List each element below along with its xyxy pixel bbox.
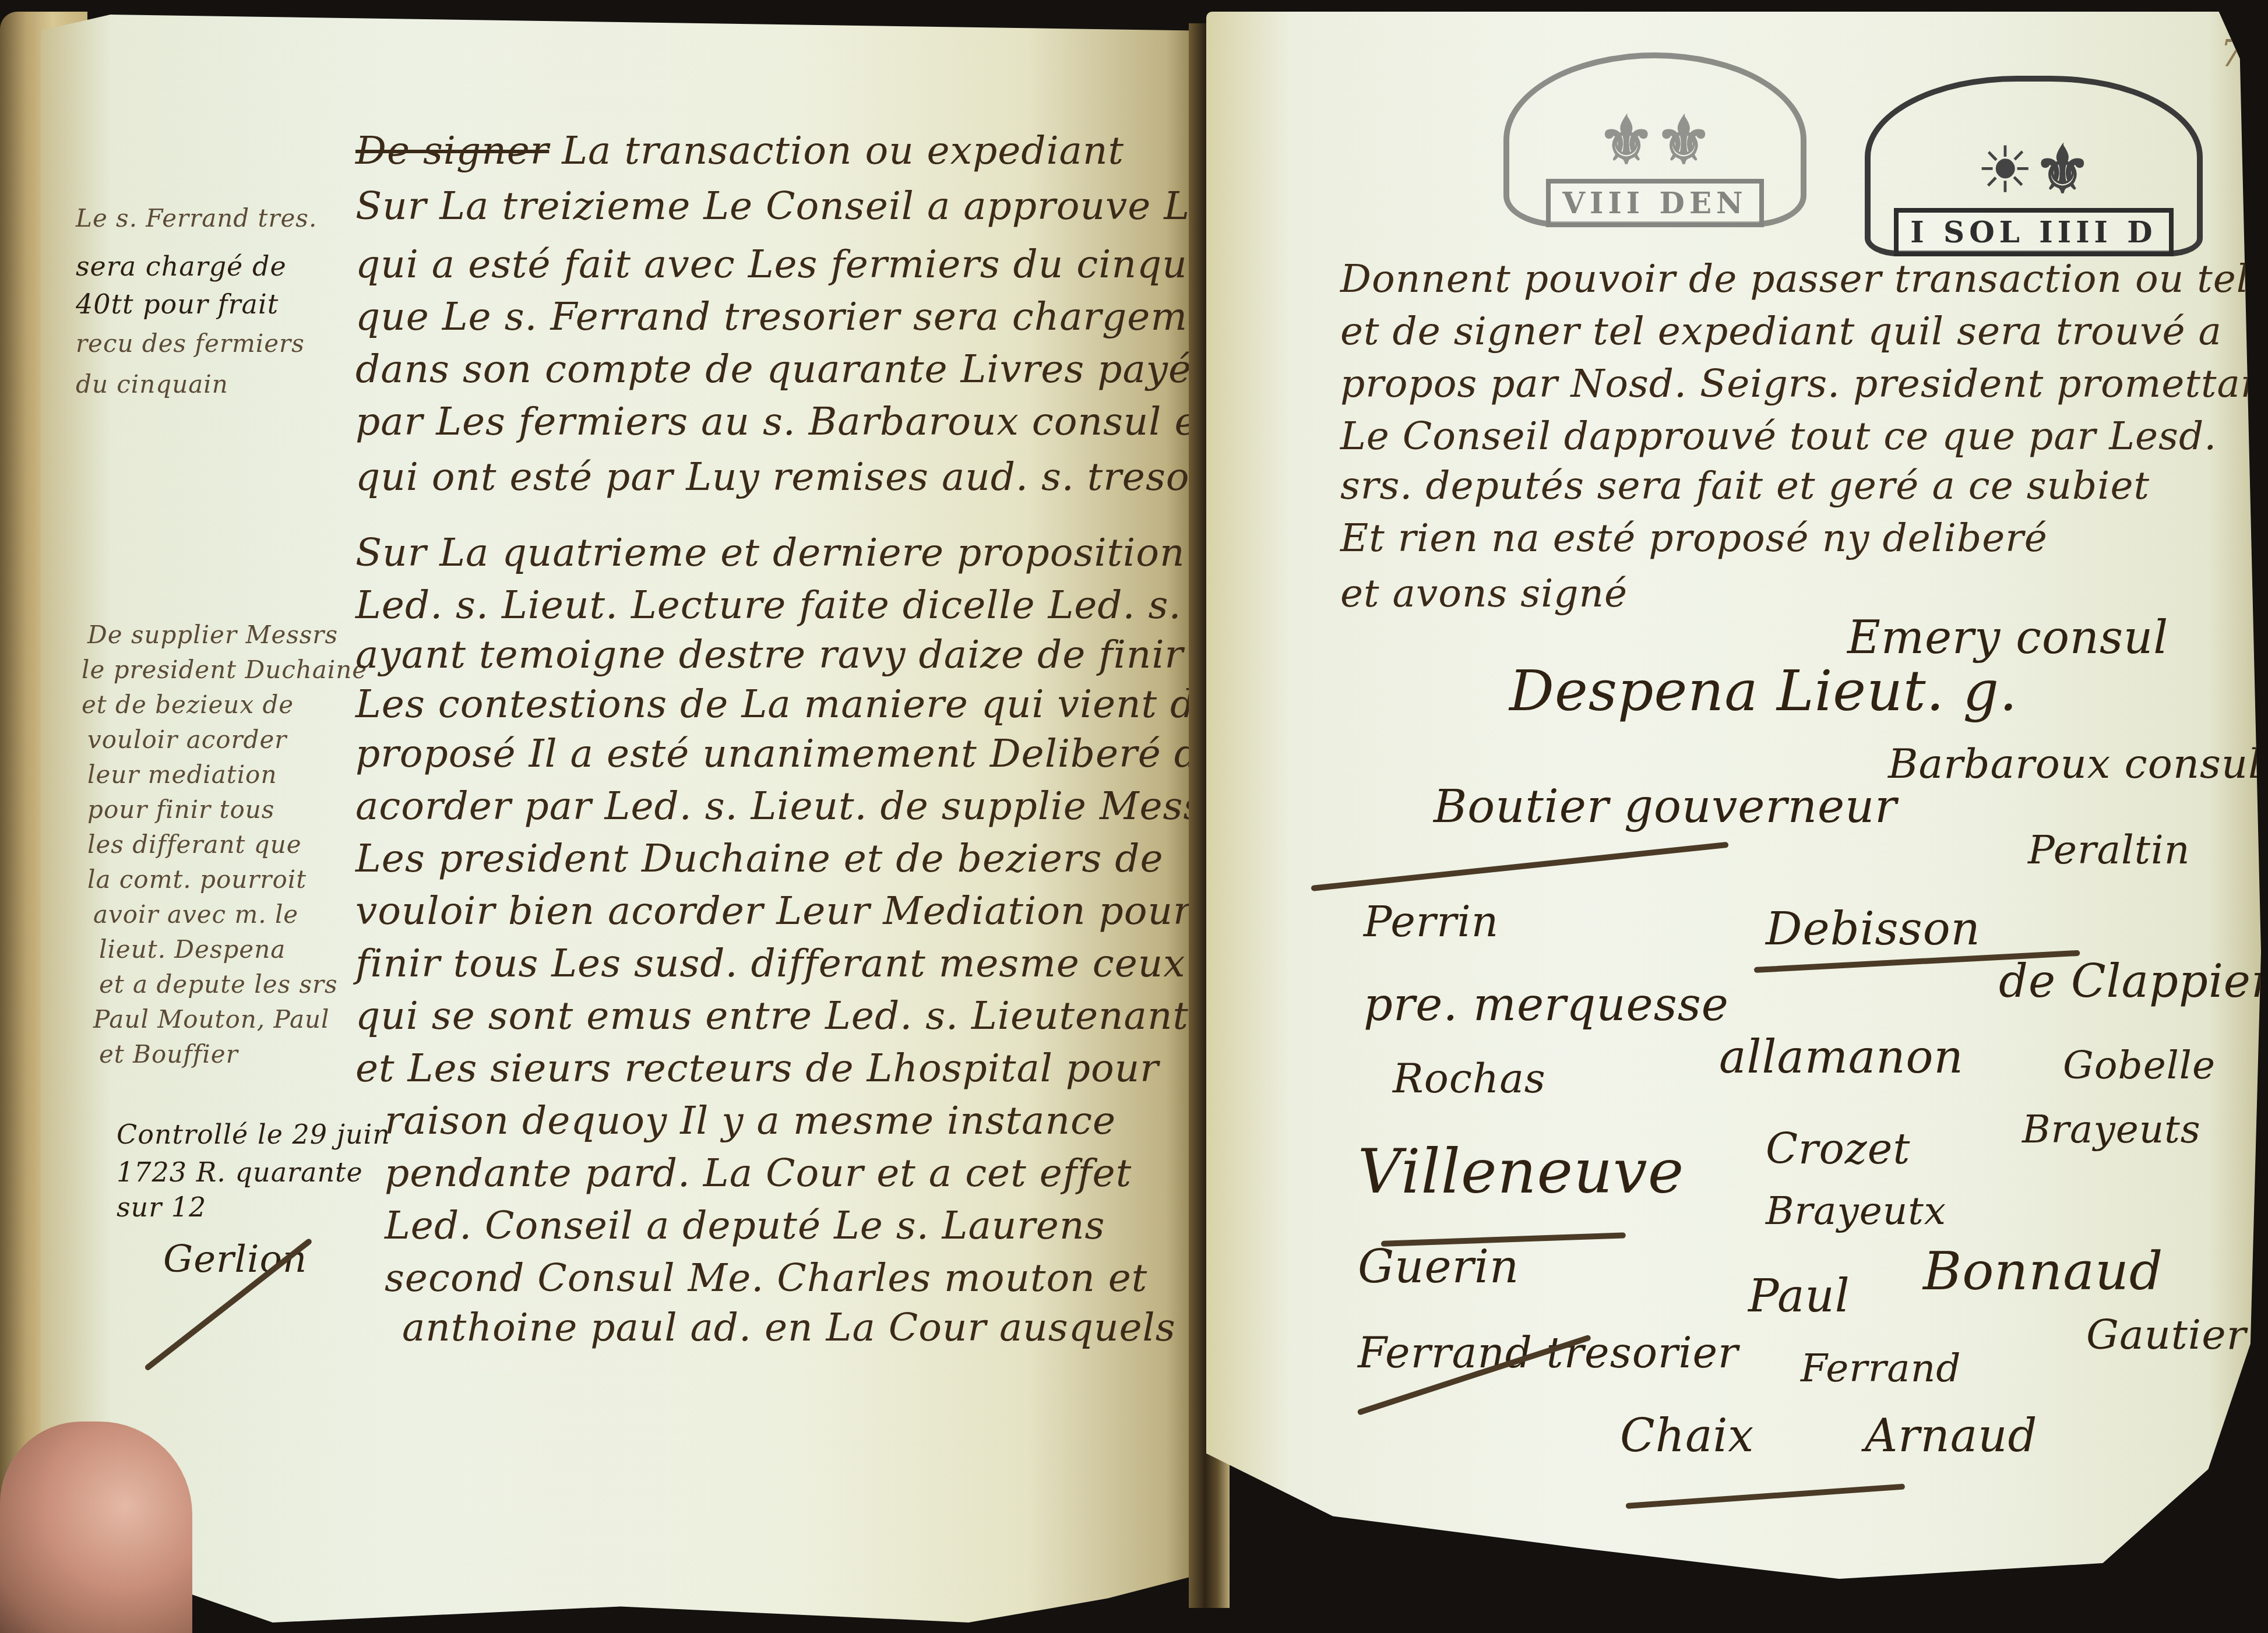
signature: Paul: [1748, 1270, 1850, 1322]
signature: Barbaroux consul: [1888, 740, 2261, 788]
signature: Crozet: [1766, 1124, 1910, 1173]
signature: Peraltin: [2028, 827, 2190, 873]
body-line: et avons signé: [1340, 571, 1628, 616]
signature: pre. merquesse: [1364, 979, 1729, 1031]
signature: Rochas: [1393, 1054, 1546, 1102]
signature: Arnaud: [1865, 1410, 2038, 1462]
body-line: et de signer tel expediant quil sera tro…: [1340, 309, 2222, 354]
body-line: qui se sont emus entre Led. s. Lieutenan…: [355, 993, 1189, 1038]
signature: Brayeutx: [1766, 1188, 1946, 1233]
signature-flourish: [1626, 1484, 1906, 1509]
folio-number: 756: [2220, 32, 2261, 75]
body-line: pendante pard. La Cour et a cet effet: [385, 1151, 1132, 1195]
body-line: srs. deputés sera fait et geré a ce subi…: [1340, 463, 2150, 508]
body-line: Les president Duchaine et de beziers de: [355, 836, 1164, 881]
body-line: vouloir bien acorder Leur Mediation pour: [355, 888, 1192, 933]
body-line: Donnent pouvoir de passer transaction ou…: [1340, 256, 2249, 301]
signature: Debisson: [1766, 903, 1981, 955]
body-line: acorder par Led. s. Lieut. de supplie Me…: [355, 784, 1200, 828]
signature: Bonnaud: [1923, 1241, 2163, 1302]
body-line: et Les sieurs recteurs de Lhospital pour: [355, 1046, 1159, 1091]
body-line: Le Conseil dapprouvé tout ce que par Les…: [1340, 414, 2217, 458]
signature: Boutier gouverneur: [1434, 781, 1897, 833]
signature: Villeneuve: [1358, 1136, 1684, 1207]
margin-line: et de bezieux de: [82, 690, 294, 719]
margin-line: la comt. pourroit: [87, 865, 307, 894]
margin-line: Controllé le 29 juin: [117, 1119, 390, 1150]
margin-line: et Bouffier: [99, 1040, 238, 1068]
body-line: qui a esté fait avec Les fermiers du cin…: [355, 242, 1200, 287]
body-line: que Le s. Ferrand tresorier sera chargem…: [355, 294, 1200, 339]
body-line: proposé Il a esté unanimement Deliberé d…: [355, 731, 1200, 776]
margin-line: 40tt pour frait: [76, 288, 279, 320]
left-page: Le s. Ferrand tres. sera chargé de 40tt …: [41, 15, 1200, 1623]
margin-line: et a depute les srs: [99, 970, 338, 999]
body-line: propos par Nosd. Seigrs. president prome…: [1340, 361, 2261, 406]
signature: Chaix: [1620, 1410, 1754, 1462]
body-line: Et rien na esté proposé ny deliberé: [1340, 516, 2048, 560]
margin-line: Le s. Ferrand tres.: [76, 204, 317, 232]
body-line: ayant temoigne destre ravy daize de fini…: [355, 632, 1184, 677]
body-line: finir tous Les susd. differant mesme ceu…: [355, 941, 1186, 986]
body-line: Led. s. Lieut. Lecture faite dicelle Led…: [355, 583, 1200, 627]
holding-thumb: [0, 1422, 192, 1633]
body-line: Sur La quatrieme et derniere proposition: [355, 530, 1185, 575]
tax-stamp-right: ☀⚜ I SOL IIII D: [1865, 76, 2203, 256]
struck-text: De signer: [355, 128, 549, 173]
body-line: anthoine paul ad. en La Cour ausquels: [402, 1305, 1176, 1350]
margin-line: recu des fermiers: [76, 329, 305, 358]
body-line: Sur La treizieme Le Conseil a approuve L…: [355, 184, 1200, 228]
margin-line: leur mediation: [87, 760, 277, 789]
signature: Perrin: [1364, 897, 1499, 946]
right-page: 756 ⚜⚜ VIII DEN ☀⚜ I SOL IIII D Donnent …: [1206, 12, 2261, 1579]
margin-line: lieut. Despena: [99, 935, 286, 964]
signature: Ferrand: [1801, 1346, 1961, 1391]
stamp-legend: VIII DEN: [1546, 179, 1764, 227]
body-line: second Consul Me. Charles mouton et: [385, 1255, 1147, 1300]
stamp-legend: I SOL IIII D: [1894, 208, 2173, 256]
margin-line: pour finir tous: [87, 795, 274, 824]
signature: allamanon: [1719, 1031, 1964, 1084]
signature: Gautier: [2086, 1311, 2246, 1359]
signature: Gobelle: [2063, 1043, 2216, 1088]
margin-line: sera chargé de: [76, 251, 287, 282]
signature: Guerin: [1358, 1241, 1519, 1293]
body-line: raison dequoy Il y a mesme instance: [385, 1098, 1116, 1143]
margin-line: 1723 R. quarante: [117, 1156, 363, 1188]
signature: Despena Lieut. g.: [1509, 658, 2018, 724]
signature: de Clappiers: [1999, 955, 2261, 1008]
signature: Brayeuts: [2022, 1107, 2201, 1152]
sun-fleur-de-lis-icon: ☀⚜: [1976, 138, 2091, 202]
margin-line: De supplier Messrs: [87, 620, 338, 649]
margin-line: le president Duchaine: [82, 655, 367, 684]
margin-line: Paul Mouton, Paul: [93, 1005, 329, 1034]
body-line: par Les fermiers au s. Barbaroux consul …: [355, 399, 1200, 444]
margin-line: vouloir acorder: [87, 725, 287, 754]
margin-line: les differant que: [87, 830, 302, 859]
crown-fleur-de-lis-icon: ⚜⚜: [1597, 109, 1712, 173]
margin-line: avoir avec m. le: [93, 900, 298, 929]
body-line: qui ont esté par Luy remises aud. s. tre…: [355, 454, 1200, 499]
body-line: dans son compte de quarante Livres payée…: [355, 347, 1200, 392]
body-line: Led. Conseil a deputé Le s. Laurens: [385, 1203, 1105, 1248]
tax-stamp-left: ⚜⚜ VIII DEN: [1503, 52, 1806, 227]
signature: Emery consul: [1847, 612, 2168, 664]
body-text: La transaction ou expediant: [562, 128, 1124, 173]
signature-flourish: [1311, 842, 1728, 891]
body-line: Les contestions de La maniere qui vient …: [355, 682, 1200, 726]
margin-line: sur 12: [117, 1191, 206, 1223]
margin-line: du cinquain: [76, 370, 228, 398]
body-line: De signer La transaction ou expediant: [355, 128, 1124, 173]
